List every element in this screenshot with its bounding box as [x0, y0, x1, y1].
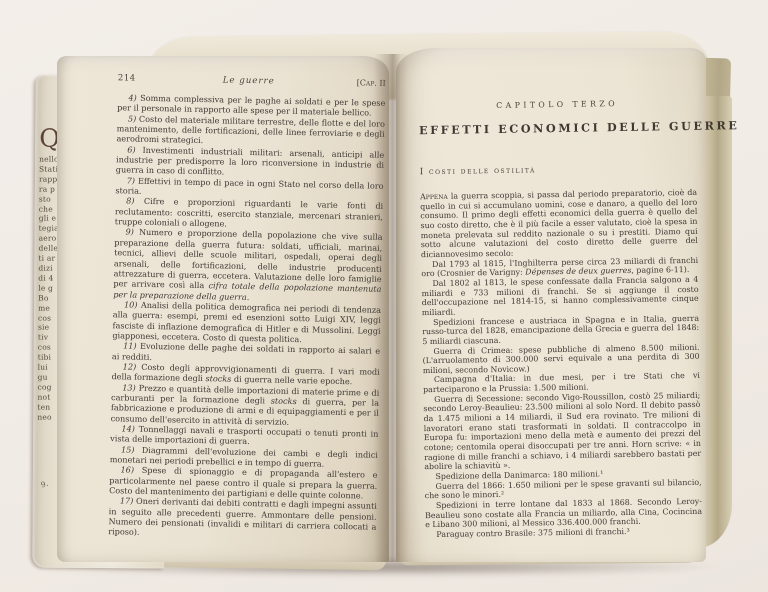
left-page-text-block: 214 Le guerre [Cap. II 4) Somma compless…: [108, 73, 386, 542]
chapter-title: EFFETTI ECONOMICI DELLE GUERRE: [419, 119, 696, 137]
body-paragraph: Dal 1802 al 1813, le spese confessate da…: [421, 275, 699, 318]
list-item: 9) Numero e proporzione della popolazion…: [113, 227, 382, 305]
body-paragraph: Appena la guerra scoppia, si passa dal p…: [420, 188, 698, 260]
left-page-number: 214: [118, 73, 164, 84]
section-heading: I costi delle ostilità: [420, 163, 697, 177]
body-paragraph: Spedizioni in terre lontane dal 1833 al …: [425, 497, 702, 530]
right-page: CAPITOLO TERZO EFFETTI ECONOMICI DELLE G…: [396, 48, 706, 562]
left-page: 214 Le guerre [Cap. II 4) Somma compless…: [57, 56, 389, 562]
chapter-mark: [Cap. II: [334, 78, 386, 88]
flap-corner-mark: 9.: [40, 479, 50, 490]
list-item: 10) Analisi della politica demografica n…: [112, 299, 381, 346]
body-paragraph: Spedizioni francese e austriaca in Spagn…: [422, 313, 699, 346]
chapter-label: CAPITOLO TERZO: [419, 98, 696, 111]
list-item: 17) Oneri derivanti dai debiti contratti…: [108, 496, 377, 543]
body-paragraph: Guerra di Secessione: secondo Vigo-Rouss…: [423, 391, 701, 473]
body-paragraph: Guerra di Crimea: spese pubbliche di alm…: [422, 342, 699, 375]
photo-open-book: Q nello Stati rapp ra p sto che gli e te…: [0, 0, 768, 592]
running-title: Le guerre: [164, 74, 334, 88]
list-item: 13) Prezzo e quantità delle importazioni…: [111, 382, 380, 429]
left-running-head: 214 Le guerre [Cap. II: [118, 73, 386, 89]
right-page-text-block: CAPITOLO TERZO EFFETTI ECONOMICI DELLE G…: [419, 98, 703, 540]
